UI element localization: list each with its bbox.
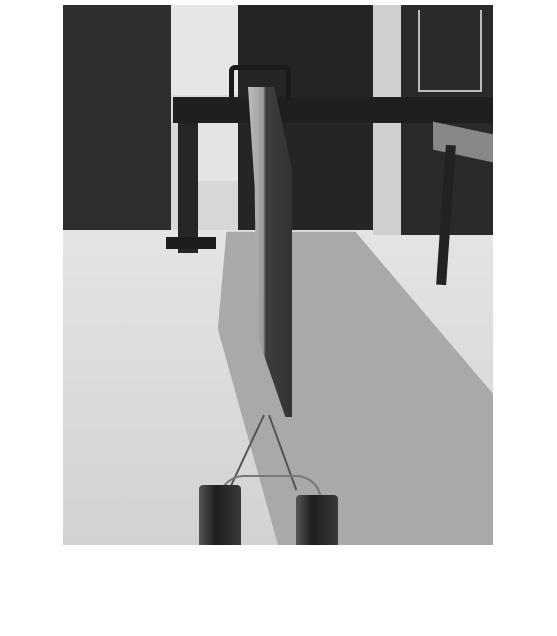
brick-wall-lower (198, 123, 238, 181)
brick-wall-upper (171, 5, 238, 95)
experiment-photo (63, 5, 493, 545)
support-post-base (166, 237, 216, 249)
weight-can-right (296, 495, 338, 545)
wood-panel-wall (63, 5, 171, 230)
weight-can-left (199, 485, 241, 545)
support-post (178, 123, 198, 253)
door-frame (418, 10, 482, 92)
horizontal-beam (173, 97, 493, 123)
